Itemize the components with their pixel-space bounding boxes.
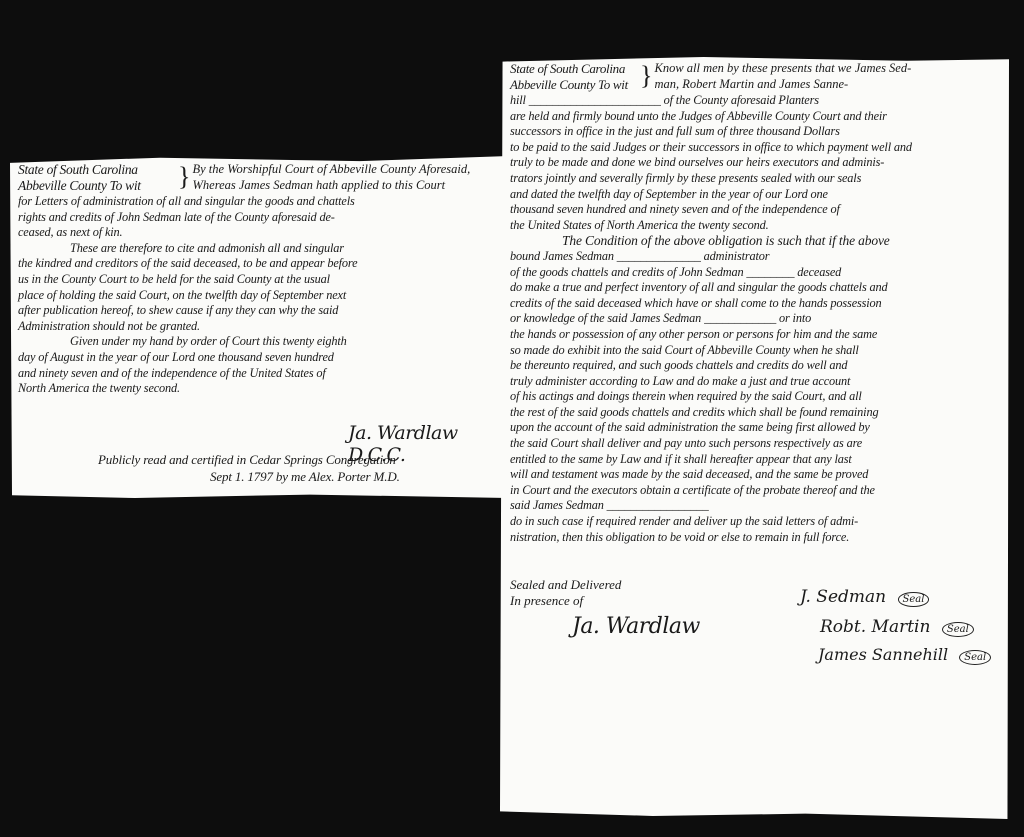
intro-text: By the Worshipful Court of Abbeville Cou… <box>192 162 502 193</box>
text-line: us in the County Court to be held for th… <box>18 272 502 288</box>
intro-text: Know all men by these presents that we J… <box>654 61 999 92</box>
text-line: to be paid to the said Judges or their s… <box>510 140 999 156</box>
caption-state: State of South Carolina <box>510 61 638 77</box>
text-line: truly administer according to Law and do… <box>510 374 999 390</box>
text-line: day of August in the year of our Lord on… <box>18 350 502 366</box>
signature-row: J. Sedman Seal <box>800 587 929 607</box>
signer-signature: Robt. Martin <box>820 617 930 637</box>
text-line: of the goods chattels and credits of Joh… <box>510 265 999 281</box>
text-line: Given under my hand by order of Court th… <box>18 334 502 350</box>
jurisdiction-caption: State of South Carolina Abbeville County… <box>18 162 176 194</box>
text-line: ceased, as next of kin. <box>18 225 502 241</box>
letters-of-administration-citation: State of South Carolina Abbeville County… <box>10 156 510 498</box>
document-body: hill ______________________ of the Count… <box>510 93 999 545</box>
text-line: bound James Sedman ______________ admini… <box>510 249 999 265</box>
condition-heading-line: The Condition of the above obligation is… <box>510 233 999 249</box>
intro-line: Know all men by these presents that we J… <box>654 61 999 77</box>
intro-line: Whereas James Sedman hath applied to thi… <box>192 178 502 194</box>
caption-county: Abbeville County To wit <box>18 178 176 194</box>
text-line: in Court and the executors obtain a cert… <box>510 483 999 499</box>
text-line: successors in office in the just and ful… <box>510 124 999 140</box>
text-line: so made do exhibit into the said Court o… <box>510 343 999 359</box>
seal-icon: Seal <box>942 622 974 637</box>
text-line: and dated the twelfth day of September i… <box>510 187 999 203</box>
certification-line: Publicly read and certified in Cedar Spr… <box>98 452 396 468</box>
text-line: hill ______________________ of the Count… <box>510 93 999 109</box>
text-line: do make a true and perfect inventory of … <box>510 280 999 296</box>
text-line: said James Sedman _________________ <box>510 498 999 514</box>
text-line: the rest of the said goods chattels and … <box>510 405 999 421</box>
text-line: are held and firmly bound unto the Judge… <box>510 109 999 125</box>
brace-glyph: } <box>640 61 652 91</box>
text-line: of his actings and doings therein when r… <box>510 389 999 405</box>
text-line: the kindred and creditors of the said de… <box>18 256 502 272</box>
intro-line: By the Worshipful Court of Abbeville Cou… <box>192 162 502 178</box>
jurisdiction-caption: State of South Carolina Abbeville County… <box>510 61 638 93</box>
in-presence-label: In presence of <box>510 593 621 609</box>
text-line: Administration should not be granted. <box>18 319 502 335</box>
signature-row: James Sannehill Seal <box>818 645 991 665</box>
document-heading: State of South Carolina Abbeville County… <box>510 61 999 93</box>
text-line: place of holding the said Court, on the … <box>18 288 502 304</box>
text-line: North America the twenty second. <box>18 381 502 397</box>
text-line: truly to be made and done we bind oursel… <box>510 155 999 171</box>
text-line: the hands or possession of any other per… <box>510 327 999 343</box>
text-line: the United States of North America the t… <box>510 218 999 234</box>
sealed-delivered-label: Sealed and Delivered <box>510 577 621 593</box>
document-body: for Letters of administration of all and… <box>18 194 502 397</box>
text-line: the said Court shall deliver and pay unt… <box>510 436 999 452</box>
signer-signature: James Sannehill <box>818 645 948 664</box>
caption-county: Abbeville County To wit <box>510 77 638 93</box>
text-line: nistration, then this obligation to be v… <box>510 530 999 546</box>
brace-glyph: } <box>178 162 190 192</box>
text-line: do in such case if required render and d… <box>510 514 999 530</box>
seal-icon: Seal <box>959 650 991 665</box>
caption-state: State of South Carolina <box>18 162 176 178</box>
document-heading: State of South Carolina Abbeville County… <box>18 162 502 194</box>
administration-bond: State of South Carolina Abbeville County… <box>500 57 1009 819</box>
text-line: upon the account of the said administrat… <box>510 420 999 436</box>
seal-icon: Seal <box>898 592 930 607</box>
text-line: These are therefore to cite and admonish… <box>18 241 502 257</box>
text-line: and ninety seven and of the independence… <box>18 366 502 382</box>
text-line: for Letters of administration of all and… <box>18 194 502 210</box>
certification-date-line: Sept 1. 1797 by me Alex. Porter M.D. <box>210 469 400 485</box>
text-line: entitled to the same by Law and if it sh… <box>510 452 999 468</box>
text-line: rights and credits of John Sedman late o… <box>18 210 502 226</box>
signature-row: Robt. Martin Seal <box>820 617 974 637</box>
text-line: will and testament was made by the said … <box>510 467 999 483</box>
text-line: credits of the said deceased which have … <box>510 296 999 312</box>
text-line: thousand seven hundred and ninety seven … <box>510 202 999 218</box>
text-line: trators jointly and severally firmly by … <box>510 171 999 187</box>
witness-signature: Ja. Wardlaw <box>572 614 700 639</box>
text-line: or knowledge of the said James Sedman __… <box>510 311 999 327</box>
text-line: be thereunto required, and such goods ch… <box>510 358 999 374</box>
intro-line: man, Robert Martin and James Sanne- <box>654 77 999 93</box>
witness-block: Sealed and Delivered In presence of <box>510 577 621 609</box>
text-line: after publication hereof, to shew cause … <box>18 303 502 319</box>
signer-signature: J. Sedman <box>800 587 886 607</box>
